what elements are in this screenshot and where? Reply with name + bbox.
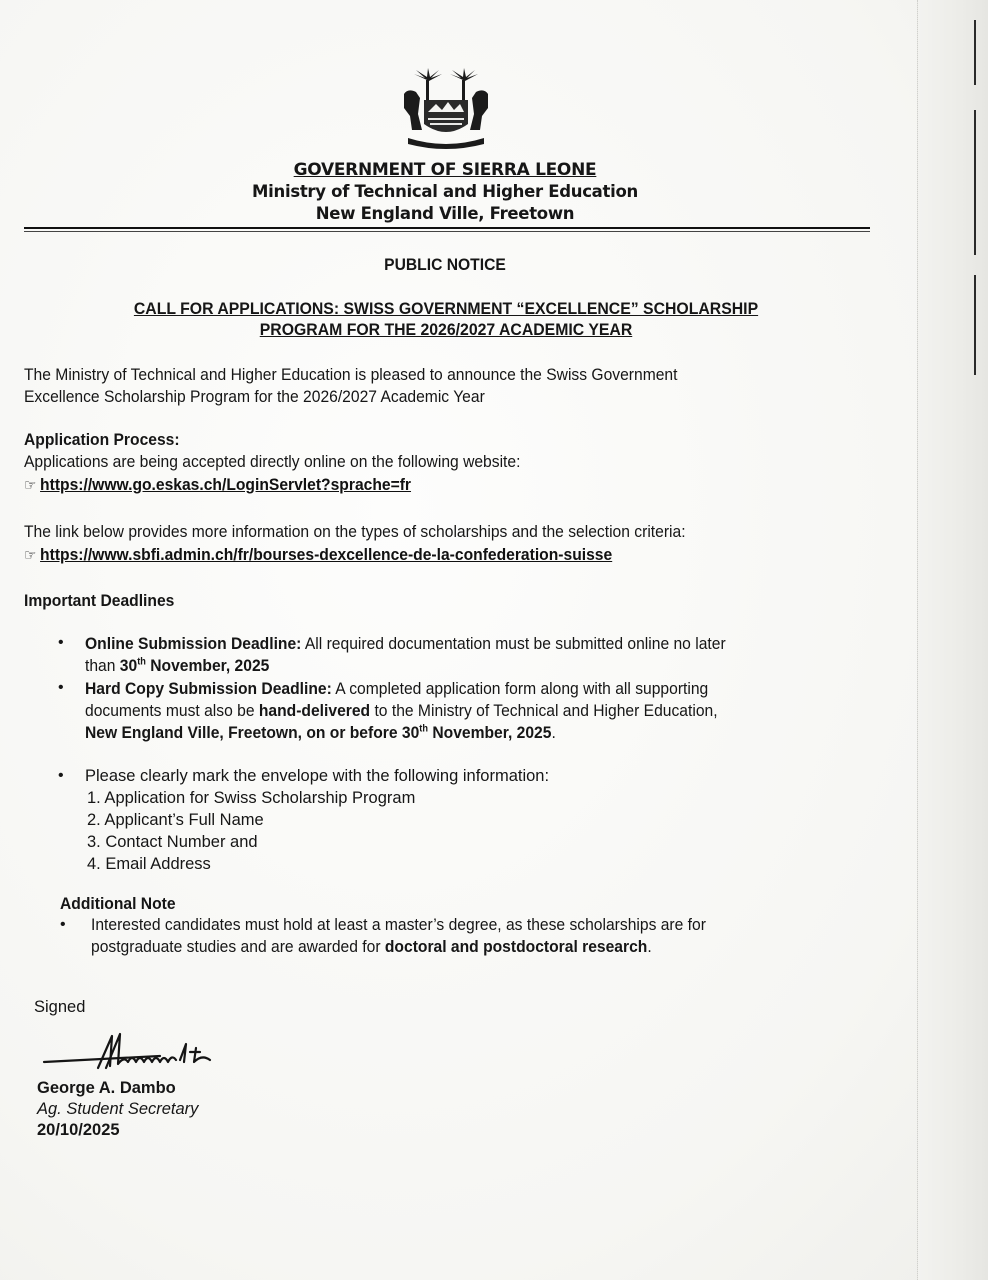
hardcopy-deadline-item: Hard Copy Submission Deadline: A complet…: [85, 678, 718, 744]
edge-mark: [974, 20, 976, 85]
bullet-icon: •: [58, 634, 64, 652]
additional-note-text: Interested candidates must hold at least…: [91, 914, 706, 958]
application-process-heading: Application Process:: [24, 429, 180, 451]
more-info-text: The link below provides more information…: [24, 521, 686, 543]
envelope-item: 1. Application for Swiss Scholarship Pro…: [87, 787, 549, 809]
envelope-item: 2. Applicant’s Full Name: [87, 809, 549, 831]
handwritten-signature-icon: [40, 1030, 240, 1076]
bullet-icon: •: [60, 916, 66, 934]
signatory-name: George A. Dambo: [37, 1077, 176, 1099]
notice-title-line1: CALL FOR APPLICATIONS: SWISS GOVERNMENT …: [31, 298, 861, 319]
envelope-item: 4. Email Address: [87, 853, 549, 875]
application-process-text: Applications are being accepted directly…: [24, 451, 520, 473]
more-info-link-row: ☞https://www.sbfi.admin.ch/fr/bourses-de…: [24, 544, 612, 567]
coat-of-arms-icon: [398, 68, 494, 152]
application-link-row: ☞https://www.go.eskas.ch/LoginServlet?sp…: [24, 474, 411, 497]
pointing-hand-icon: ☞: [24, 477, 36, 494]
signatory-title: Ag. Student Secretary: [37, 1098, 198, 1120]
online-deadline-item: Online Submission Deadline: All required…: [85, 633, 726, 677]
bullet-icon: •: [58, 679, 64, 697]
document-page: GOVERNMENT OF SIERRA LEONE Ministry of T…: [0, 0, 988, 1280]
deadlines-heading: Important Deadlines: [24, 590, 174, 612]
intro-paragraph: The Ministry of Technical and Higher Edu…: [24, 364, 677, 408]
edge-mark: [974, 275, 976, 375]
letterhead-divider: [24, 227, 870, 229]
adjacent-page-edge: [917, 0, 988, 1280]
notice-title: CALL FOR APPLICATIONS: SWISS GOVERNMENT …: [31, 298, 861, 340]
public-notice-label: PUBLIC NOTICE: [36, 255, 855, 275]
envelope-item: 3. Contact Number and: [87, 831, 549, 853]
intro-line1: The Ministry of Technical and Higher Edu…: [24, 364, 677, 386]
letterhead-address: New England Ville, Freetown: [0, 204, 890, 223]
notice-title-line2: PROGRAM FOR THE 2026/2027 ACADEMIC YEAR: [31, 319, 861, 340]
letterhead-government: GOVERNMENT OF SIERRA LEONE: [0, 160, 890, 180]
signature-date: 20/10/2025: [37, 1119, 120, 1141]
additional-note-heading: Additional Note: [60, 893, 176, 915]
application-portal-link[interactable]: https://www.go.eskas.ch/LoginServlet?spr…: [40, 475, 411, 494]
scholarship-info-link[interactable]: https://www.sbfi.admin.ch/fr/bourses-dex…: [40, 545, 612, 564]
bullet-icon: •: [58, 767, 64, 785]
pointing-hand-icon: ☞: [24, 547, 36, 564]
edge-mark: [974, 110, 976, 255]
signed-label: Signed: [34, 996, 85, 1018]
envelope-instructions: Please clearly mark the envelope with th…: [85, 765, 549, 875]
intro-line2: Excellence Scholarship Program for the 2…: [24, 386, 677, 408]
letterhead-ministry: Ministry of Technical and Higher Educati…: [0, 182, 890, 201]
letterhead-divider-thin: [24, 231, 870, 232]
